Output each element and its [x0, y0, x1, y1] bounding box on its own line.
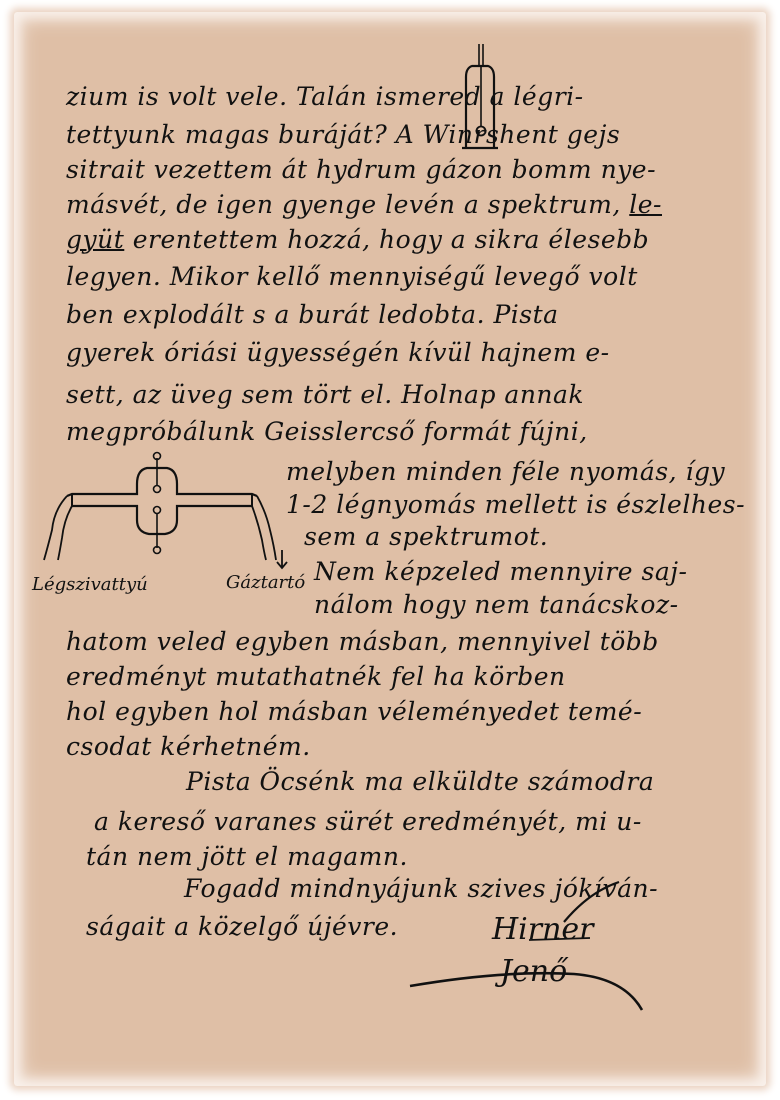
letter-line-20: Pista Öcsénk ma elküldte számodra: [186, 767, 654, 796]
letter-page: zium is volt vele. Talán ismered a légri…: [14, 12, 766, 1086]
geissler-tube-sketch-icon: [32, 450, 292, 560]
letter-line-11: melyben minden féle nyomás, így: [286, 457, 725, 486]
letter-line-1: zium is volt vele. Talán ismered a légri…: [66, 82, 584, 111]
letter-line-2: tettyunk magas buráját? A Winrshent gejs: [66, 120, 620, 149]
letter-line-16: hatom veled egyben másban, mennyivel töb…: [66, 627, 659, 656]
letter-line-13: sem a spektrumot.: [304, 522, 548, 551]
letter-line-5: gyüt erentettem hozzá, hogy a sikra éles…: [66, 225, 649, 254]
letter-line-6: legyen. Mikor kellő mennyiségű levegő vo…: [66, 262, 638, 291]
letter-line-4: másvét, de igen gyenge levén a spektrum,…: [66, 190, 662, 219]
signature-flourish-icon: [404, 882, 644, 1012]
letter-line-3: sitrait vezettem át hydrum gázon bomm ny…: [66, 155, 656, 184]
letter-line-18: hol egyben hol másban véleményedet temé-: [66, 697, 642, 726]
underlined-word: le-: [629, 190, 662, 219]
letter-line-17: eredményt mutathatnék fel ha körben: [66, 662, 566, 691]
letter-line-14: Nem képzeled mennyire saj-: [314, 557, 687, 586]
underlined-word: gyüt: [66, 225, 124, 254]
letter-line-15: nálom hogy nem tanácskoz-: [314, 590, 679, 619]
letter-line-10: megpróbálunk Geisslercső formát fújni,: [66, 417, 588, 446]
letter-line-12: 1-2 légnyomás mellett is észlelhes-: [286, 490, 745, 519]
letter-line-21: a kereső varanes sürét eredményét, mi u-: [94, 807, 642, 836]
letter-line-24: ságait a közelgő újévre.: [86, 912, 398, 941]
sketch-label-gas-holder: Gáztartó: [226, 572, 305, 593]
letter-line-22: tán nem jött el magamn.: [86, 842, 408, 871]
sketch-label-air-pump: Légszivattyú: [32, 574, 148, 595]
letter-line-9: sett, az üveg sem tört el. Holnap annak: [66, 380, 584, 409]
letter-line-8: gyerek óriási ügyességén kívül hajnem e-: [66, 338, 610, 367]
letter-line-19: csodat kérhetném.: [66, 732, 311, 761]
letter-line-7: ben explodált s a burát ledobta. Pista: [66, 300, 559, 329]
